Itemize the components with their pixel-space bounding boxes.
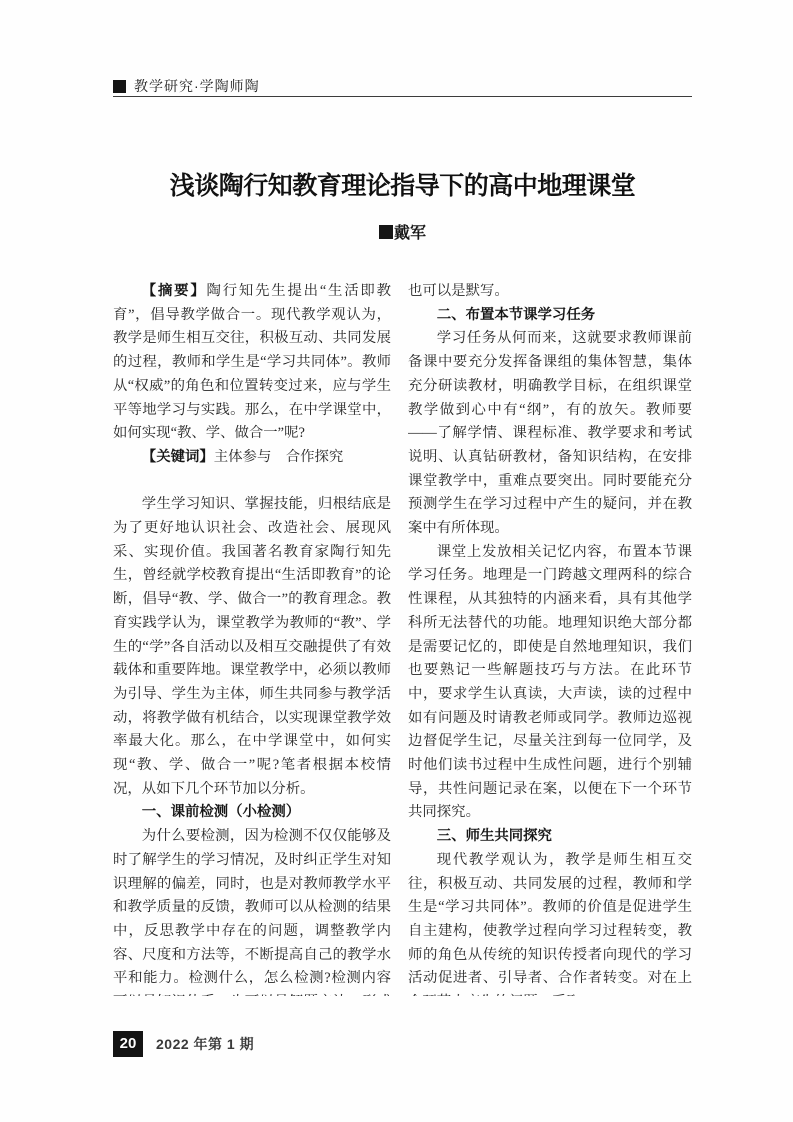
issue-label: 2022 年第 1 期 bbox=[156, 1034, 254, 1054]
meta-label: 【关键词】 bbox=[142, 449, 214, 465]
body-paragraph: 也可以是默写。 bbox=[408, 280, 692, 304]
body-paragraph: 课堂上发放相关记忆内容，布置本节课学习任务。地理是一门跨越文理两科的综合性课程，… bbox=[408, 541, 692, 825]
body-paragraph: 学生学习知识、掌握技能，归根结底是为了更好地认识社会、改造社会、展现风采、实现价… bbox=[113, 493, 391, 801]
author-name: 戴军 bbox=[394, 225, 426, 242]
author-line: 戴军 bbox=[113, 220, 692, 243]
meta-paragraph: 【摘要】陶行知先生提出“生活即教育”，倡导教学做合一。现代教学观认为，教学是师生… bbox=[113, 280, 391, 446]
meta-text: 陶行知先生提出“生活即教育”，倡导教学做合一。现代教学观认为，教学是师生相互交往… bbox=[113, 283, 391, 441]
body-paragraph: 现代教学观认为，教学是师生相互交往，积极互动、共同发展的过程，教师和学生是“学习… bbox=[408, 849, 692, 996]
author-marker-icon bbox=[379, 225, 393, 239]
page-number-badge: 20 bbox=[113, 1031, 143, 1057]
meta-label: 【摘要】 bbox=[142, 283, 207, 299]
column-left: 【摘要】陶行知先生提出“生活即教育”，倡导教学做合一。现代教学观认为，教学是师生… bbox=[113, 280, 391, 996]
page-footer: 20 2022 年第 1 期 bbox=[113, 1031, 254, 1057]
page-header: 教学研究·学陶师陶 bbox=[113, 75, 692, 97]
article-body: 【摘要】陶行知先生提出“生活即教育”，倡导教学做合一。现代教学观认为，教学是师生… bbox=[113, 280, 692, 996]
meta-text: 主体参与 合作探究 bbox=[214, 449, 344, 465]
section-label: 教学研究·学陶师陶 bbox=[134, 76, 260, 96]
meta-paragraph: 【关键词】主体参与 合作探究 bbox=[113, 446, 391, 470]
section-heading: 一、课前检测（小检测） bbox=[113, 801, 391, 825]
journal-page: 教学研究·学陶师陶 浅谈陶行知教育理论指导下的高中地理课堂 戴军 【摘要】陶行知… bbox=[0, 0, 793, 1122]
column-right: 也可以是默写。二、布置本节课学习任务学习任务从何而来，这就要求教师课前备课中要充… bbox=[408, 280, 692, 996]
body-paragraph: 为什么要检测，因为检测不仅仅能够及时了解学生的学习情况，及时纠正学生对知识理解的… bbox=[113, 825, 391, 996]
body-paragraph: 学习任务从何而来，这就要求教师课前备课中要充分发挥备课组的集体智慧，集体充分研读… bbox=[408, 327, 692, 540]
article-title: 浅谈陶行知教育理论指导下的高中地理课堂 bbox=[113, 166, 692, 202]
section-heading: 二、布置本节课学习任务 bbox=[408, 304, 692, 328]
section-marker-icon bbox=[113, 80, 126, 93]
section-heading: 三、师生共同探究 bbox=[408, 825, 692, 849]
header-rule bbox=[113, 96, 692, 97]
